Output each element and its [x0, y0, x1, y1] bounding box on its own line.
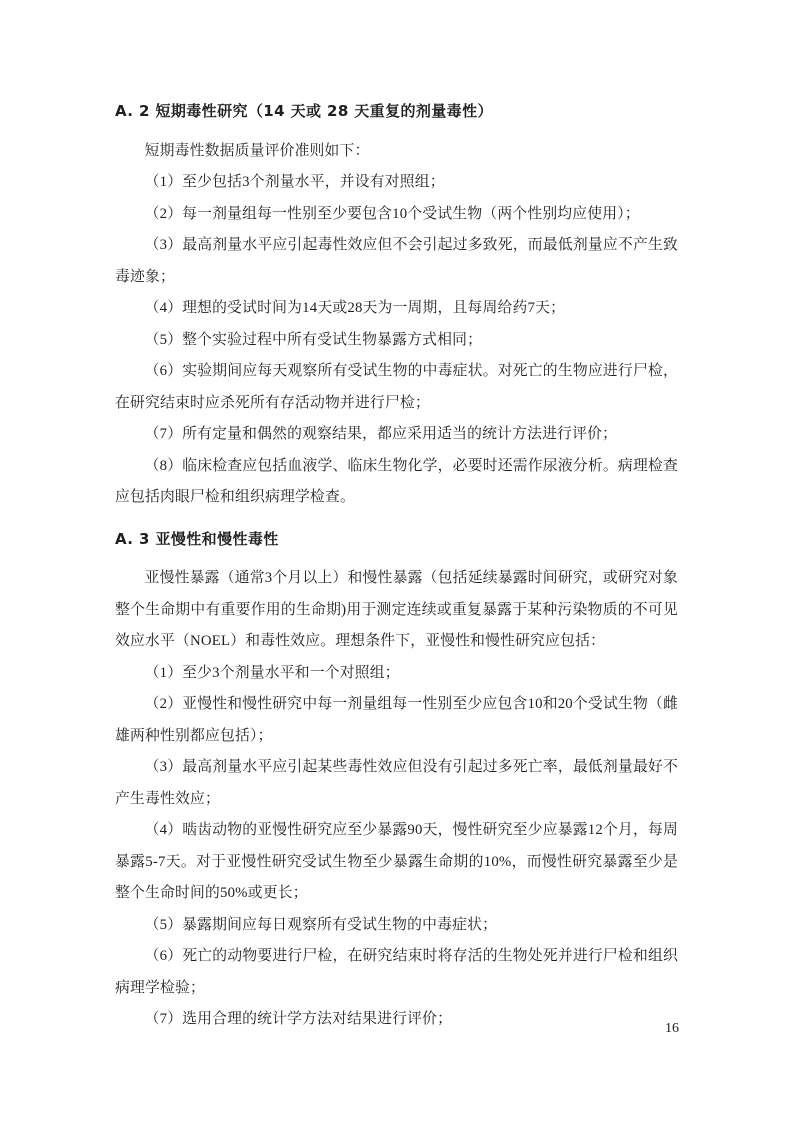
list-item: （7）选用合理的统计学方法对结果进行评价； — [115, 1004, 678, 1036]
section-a3-heading: A. 3 亚慢性和慢性毒性 — [115, 524, 678, 556]
list-item: （1）至少包括3个剂量水平，并设有对照组； — [115, 167, 678, 199]
document-page: A. 2 短期毒性研究（14 天或 28 天重复的剂量毒性） 短期毒性数据质量评… — [0, 0, 793, 1122]
list-item: （2）亚慢性和慢性研究中每一剂量组每一性别至少应包含10和20个受试生物（雌雄两… — [115, 689, 678, 752]
list-item: （4）理想的受试时间为14天或28天为一周期，且每周给药7天； — [115, 293, 678, 325]
section-a2: A. 2 短期毒性研究（14 天或 28 天重复的剂量毒性） 短期毒性数据质量评… — [115, 96, 678, 514]
section-a3-intro: 亚慢性暴露（通常3个月以上）和慢性暴露（包括延续暴露时间研究，或研究对象整个生命… — [115, 563, 678, 658]
list-item: （6）死亡的动物要进行尸检，在研究结束时将存活的生物处死并进行尸检和组织病理学检… — [115, 941, 678, 1004]
page-number: 16 — [665, 1018, 679, 1040]
list-item: （5）暴露期间应每日观察所有受试生物的中毒症状； — [115, 910, 678, 942]
list-item: （6）实验期间应每天观察所有受试生物的中毒症状。对死亡的生物应进行尸检，在研究结… — [115, 356, 678, 419]
list-item: （4）啮齿动物的亚慢性研究应至少暴露90天，慢性研究至少应暴露12个月，每周暴露… — [115, 815, 678, 910]
list-item: （3）最高剂量水平应引起某些毒性效应但没有引起过多死亡率，最低剂量最好不产生毒性… — [115, 752, 678, 815]
list-item: （8）临床检查应包括血液学、临床生物化学，必要时还需作尿液分析。病理检查应包括肉… — [115, 451, 678, 514]
list-item: （2）每一剂量组每一性别至少要包含10个受试生物（两个性别均应使用）； — [115, 199, 678, 231]
section-a3: A. 3 亚慢性和慢性毒性 亚慢性暴露（通常3个月以上）和慢性暴露（包括延续暴露… — [115, 524, 678, 1036]
list-item: （3）最高剂量水平应引起毒性效应但不会引起过多致死，而最低剂量应不产生致毒迹象； — [115, 230, 678, 293]
list-item: （1）至少3个剂量水平和一个对照组； — [115, 658, 678, 690]
section-a2-intro: 短期毒性数据质量评价准则如下： — [115, 136, 678, 168]
section-a2-heading: A. 2 短期毒性研究（14 天或 28 天重复的剂量毒性） — [115, 96, 678, 128]
list-item: （7）所有定量和偶然的观察结果，都应采用适当的统计方法进行评价； — [115, 419, 678, 451]
list-item: （5）整个实验过程中所有受试生物暴露方式相同； — [115, 325, 678, 357]
